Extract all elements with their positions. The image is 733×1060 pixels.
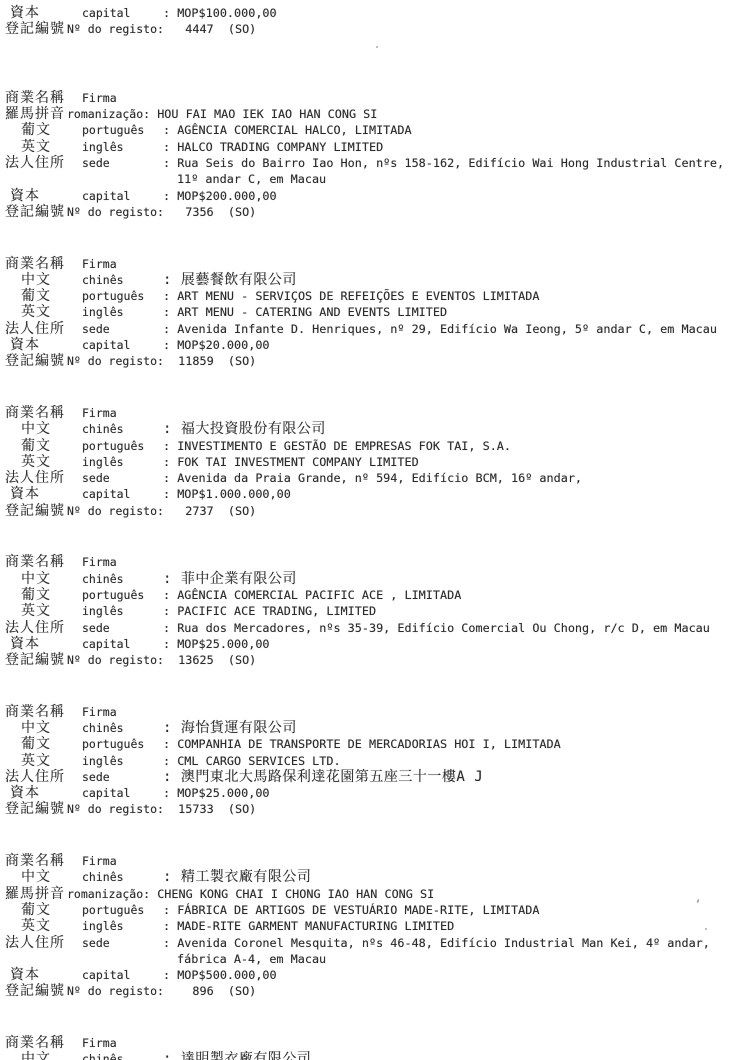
- record-row: 資本capital: MOP$100.000,00: [5, 5, 733, 21]
- field-label-pt: português: [82, 736, 163, 752]
- field-label-pt: Firma: [82, 853, 163, 869]
- field-label-zh: 中文: [5, 1051, 82, 1060]
- record-row: 法人住所sede: Avenida Infante D. Henriques, …: [5, 321, 733, 337]
- field-value: : MOP$25.000,00: [163, 785, 733, 801]
- field-label-pt: português: [82, 902, 163, 918]
- field-label-pt: Nº do registo:: [67, 503, 164, 519]
- record-row: 商業名稱Firma: [5, 550, 733, 571]
- record-row: 英文inglês: CML CARGO SERVICES LTD.: [5, 753, 733, 769]
- record-row: 葡文português: COMPANHIA DE TRANSPORTE DE …: [5, 736, 733, 752]
- field-label-zh: 登記編號: [5, 983, 67, 999]
- field-label-pt: chinês: [82, 571, 163, 587]
- field-value: : AGÊNCIA COMERCIAL PACIFIC ACE , LIMITA…: [163, 587, 733, 603]
- field-label-zh: 法人住所: [5, 769, 82, 785]
- record-row: 資本capital: MOP$25.000,00: [5, 785, 733, 801]
- document-page: 資本capital: MOP$100.000,00登記編號Nº do regis…: [0, 0, 733, 1060]
- record-row: 葡文português: AGÊNCIA COMERCIAL PACIFIC A…: [5, 587, 733, 603]
- field-label-pt: capital: [82, 486, 163, 502]
- field-label-zh: 葡文: [5, 902, 82, 918]
- field-label-pt: chinês: [82, 869, 163, 885]
- field-label-zh: 資本: [5, 636, 82, 652]
- field-label-pt: capital: [82, 5, 163, 21]
- field-label-pt: chinês: [82, 421, 163, 437]
- record-row: 資本capital: MOP$20.000,00: [5, 337, 733, 353]
- field-label-zh: 英文: [5, 139, 82, 155]
- record-row: 法人住所sede: Avenida da Praia Grande, nº 59…: [5, 470, 733, 486]
- field-value: : CML CARGO SERVICES LTD.: [163, 753, 733, 769]
- field-label-zh: 商業名稱: [5, 1035, 82, 1051]
- field-label-pt: romanização:: [67, 106, 150, 122]
- field-label-zh: 商業名稱: [5, 853, 82, 869]
- company-entry: 商業名稱Firma中文chinês: 達明製衣廠有限公司: [5, 1031, 733, 1060]
- record-row: 法人住所sede: Rua dos Mercadores, nºs 35-39,…: [5, 620, 733, 636]
- record-row: 資本capital: MOP$500.000,00: [5, 967, 733, 983]
- field-value: : MADE-RITE GARMENT MANUFACTURING LIMITE…: [163, 918, 733, 934]
- field-label-zh: 英文: [5, 304, 82, 320]
- field-label-pt: sede: [82, 935, 163, 951]
- record-row: 登記編號Nº do registo: 4447 (SO): [5, 21, 733, 37]
- field-value: : 海怡貨運有限公司: [163, 720, 733, 736]
- record-row: 資本capital: MOP$25.000,00: [5, 636, 733, 652]
- field-value: : 菲中企業有限公司: [163, 571, 733, 587]
- field-label-zh: 英文: [5, 454, 82, 470]
- record-row: 中文chinês: 精工製衣廠有限公司: [5, 869, 733, 885]
- record-row: 法人住所sede: Rua Seis do Bairro Iao Hon, nº…: [5, 155, 733, 188]
- field-value: : Rua dos Mercadores, nºs 35-39, Edifíci…: [163, 620, 733, 636]
- field-label-pt: sede: [82, 155, 163, 171]
- field-label-pt: chinês: [82, 1051, 163, 1060]
- field-label-zh: 英文: [5, 918, 82, 934]
- field-label-zh: 羅馬拼音: [5, 106, 67, 122]
- record-row: 英文inglês: MADE-RITE GARMENT MANUFACTURIN…: [5, 918, 733, 934]
- record-row: 商業名稱Firma: [5, 251, 733, 272]
- field-value: : ART MENU - SERVIÇOS DE REFEIÇÕES E EVE…: [163, 288, 733, 304]
- field-value: HOU FAI MAO IEK IAO HAN CONG SI: [150, 106, 733, 122]
- field-label-pt: inglês: [82, 603, 163, 619]
- record-row: 資本capital: MOP$1.000.000,00: [5, 486, 733, 502]
- field-label-zh: 商業名稱: [5, 256, 82, 272]
- field-label-pt: inglês: [82, 454, 163, 470]
- field-value: : AGÊNCIA COMERCIAL HALCO, LIMITADA: [163, 122, 733, 138]
- field-value: [163, 550, 733, 566]
- field-label-pt: chinês: [82, 720, 163, 736]
- field-label-pt: sede: [82, 321, 163, 337]
- field-label-zh: 英文: [5, 603, 82, 619]
- field-label-pt: inglês: [82, 139, 163, 155]
- scan-speck: [705, 928, 707, 930]
- record-row: 商業名稱Firma: [5, 699, 733, 720]
- company-entry: 商業名稱Firma羅馬拼音romanização: HOU FAI MAO IE…: [5, 86, 733, 221]
- record-row: 法人住所sede: Avenida Coronel Mesquita, nºs …: [5, 935, 733, 968]
- field-label-pt: Firma: [82, 554, 163, 570]
- scan-speck: [376, 46, 378, 48]
- record-row: 葡文português: ART MENU - SERVIÇOS DE REFE…: [5, 288, 733, 304]
- field-label-pt: capital: [82, 337, 163, 353]
- field-label-zh: 資本: [5, 486, 82, 502]
- field-label-zh: 英文: [5, 753, 82, 769]
- field-label-zh: 葡文: [5, 438, 82, 454]
- field-value: [163, 699, 733, 715]
- field-label-pt: sede: [82, 470, 163, 486]
- field-label-zh: 中文: [5, 571, 82, 587]
- field-label-zh: 資本: [5, 5, 82, 21]
- field-label-pt: capital: [82, 967, 163, 983]
- record-row: 商業名稱Firma: [5, 401, 733, 422]
- record-row: 登記編號Nº do registo: 7356 (SO): [5, 204, 733, 220]
- field-label-zh: 商業名稱: [5, 405, 82, 421]
- field-value: : ART MENU - CATERING AND EVENTS LIMITED: [163, 304, 733, 320]
- entries-container: 資本capital: MOP$100.000,00登記編號Nº do regis…: [5, 5, 733, 1060]
- record-row: 登記編號Nº do registo: 896 (SO): [5, 983, 733, 999]
- field-value: 896 (SO): [164, 983, 733, 999]
- field-value: [163, 251, 733, 267]
- record-row: 資本capital: MOP$200.000,00: [5, 188, 733, 204]
- record-row: 中文chinês: 海怡貨運有限公司: [5, 720, 733, 736]
- field-value: : PACIFIC ACE TRADING, LIMITED: [163, 603, 733, 619]
- field-value: : HALCO TRADING COMPANY LIMITED: [163, 139, 733, 155]
- field-label-zh: 商業名稱: [5, 554, 82, 570]
- field-label-pt: Nº do registo:: [67, 652, 164, 668]
- field-label-zh: 葡文: [5, 122, 82, 138]
- field-label-pt: Nº do registo:: [67, 801, 164, 817]
- field-label-pt: português: [82, 438, 163, 454]
- field-value: [163, 849, 733, 865]
- field-value: : FÁBRICA DE ARTIGOS DE VESTUÁRIO MADE-R…: [163, 902, 733, 918]
- field-value: : 展藝餐飲有限公司: [163, 272, 733, 288]
- record-row: 登記編號Nº do registo: 11859 (SO): [5, 353, 733, 369]
- field-value: : MOP$200.000,00: [163, 188, 733, 204]
- field-value: : MOP$100.000,00: [163, 5, 733, 21]
- field-label-zh: 資本: [5, 337, 82, 353]
- field-label-zh: 登記編號: [5, 353, 67, 369]
- field-label-zh: 法人住所: [5, 321, 82, 337]
- field-value: : 精工製衣廠有限公司: [163, 869, 733, 885]
- field-label-zh: 登記編號: [5, 21, 67, 37]
- field-value: : MOP$20.000,00: [163, 337, 733, 353]
- field-label-pt: Firma: [82, 704, 163, 720]
- record-row: 中文chinês: 菲中企業有限公司: [5, 571, 733, 587]
- field-label-zh: 中文: [5, 720, 82, 736]
- field-label-pt: Firma: [82, 405, 163, 421]
- company-entry: 商業名稱Firma中文chinês: 精工製衣廠有限公司羅馬拼音romaniza…: [5, 849, 733, 1000]
- record-row: 英文inglês: PACIFIC ACE TRADING, LIMITED: [5, 603, 733, 619]
- record-row: 葡文português: AGÊNCIA COMERCIAL HALCO, LI…: [5, 122, 733, 138]
- field-label-pt: capital: [82, 785, 163, 801]
- record-row: 商業名稱Firma: [5, 849, 733, 870]
- company-entry: 商業名稱Firma中文chinês: 福大投資股份有限公司葡文português…: [5, 401, 733, 519]
- field-value: 4447 (SO): [164, 21, 733, 37]
- field-value: CHENG KONG CHAI I CHONG IAO HAN CONG SI: [150, 886, 733, 902]
- field-label-zh: 葡文: [5, 587, 82, 603]
- record-row: 羅馬拼音romanização: HOU FAI MAO IEK IAO HAN…: [5, 106, 733, 122]
- field-value: : MOP$25.000,00: [163, 636, 733, 652]
- record-row: 登記編號Nº do registo: 13625 (SO): [5, 652, 733, 668]
- record-row: 商業名稱Firma: [5, 1031, 733, 1052]
- company-entry: 資本capital: MOP$100.000,00登記編號Nº do regis…: [5, 5, 733, 38]
- field-label-pt: inglês: [82, 304, 163, 320]
- record-row: 中文chinês: 展藝餐飲有限公司: [5, 272, 733, 288]
- field-label-pt: inglês: [82, 753, 163, 769]
- field-value: 13625 (SO): [164, 652, 733, 668]
- field-label-pt: português: [82, 587, 163, 603]
- field-label-pt: capital: [82, 636, 163, 652]
- field-label-zh: 商業名稱: [5, 90, 82, 106]
- field-value: : MOP$500.000,00: [163, 967, 733, 983]
- field-value: : FOK TAI INVESTMENT COMPANY LIMITED: [163, 454, 733, 470]
- field-value: : 達明製衣廠有限公司: [163, 1051, 733, 1060]
- field-label-pt: português: [82, 122, 163, 138]
- field-label-pt: Firma: [82, 1035, 163, 1051]
- record-row: 法人住所sede: 澳門東北大馬路保利達花園第五座三十一樓A J: [5, 769, 733, 785]
- field-value: [163, 401, 733, 417]
- record-row: 英文inglês: ART MENU - CATERING AND EVENTS…: [5, 304, 733, 320]
- field-label-zh: 法人住所: [5, 470, 82, 486]
- record-row: 中文chinês: 達明製衣廠有限公司: [5, 1051, 733, 1060]
- field-label-zh: 羅馬拼音: [5, 886, 67, 902]
- record-row: 登記編號Nº do registo: 2737 (SO): [5, 503, 733, 519]
- field-value: [163, 86, 733, 102]
- field-label-zh: 資本: [5, 188, 82, 204]
- field-value: : INVESTIMENTO E GESTÃO DE EMPRESAS FOK …: [163, 438, 733, 454]
- field-label-zh: 資本: [5, 967, 82, 983]
- company-entry: 商業名稱Firma中文chinês: 展藝餐飲有限公司葡文português: …: [5, 251, 733, 369]
- record-row: 羅馬拼音romanização: CHENG KONG CHAI I CHONG…: [5, 886, 733, 902]
- field-label-zh: 法人住所: [5, 620, 82, 636]
- field-value: : 澳門東北大馬路保利達花園第五座三十一樓A J: [163, 769, 733, 785]
- field-label-zh: 葡文: [5, 736, 82, 752]
- field-label-zh: 商業名稱: [5, 704, 82, 720]
- field-label-zh: 中文: [5, 869, 82, 885]
- field-value: 2737 (SO): [164, 503, 733, 519]
- record-row: 英文inglês: HALCO TRADING COMPANY LIMITED: [5, 139, 733, 155]
- field-label-zh: 登記編號: [5, 204, 67, 220]
- field-label-pt: sede: [82, 769, 163, 785]
- company-entry: 商業名稱Firma中文chinês: 海怡貨運有限公司葡文português: …: [5, 699, 733, 817]
- field-value: : Avenida Coronel Mesquita, nºs 46-48, E…: [163, 935, 733, 968]
- field-label-zh: 中文: [5, 421, 82, 437]
- field-value: 7356 (SO): [164, 204, 733, 220]
- field-label-zh: 法人住所: [5, 935, 82, 951]
- record-row: 葡文português: FÁBRICA DE ARTIGOS DE VESTU…: [5, 902, 733, 918]
- company-entry: 商業名稱Firma中文chinês: 菲中企業有限公司葡文português: …: [5, 550, 733, 668]
- field-label-pt: inglês: [82, 918, 163, 934]
- field-value: : COMPANHIA DE TRANSPORTE DE MERCADORIAS…: [163, 736, 733, 752]
- field-label-pt: Firma: [82, 256, 163, 272]
- field-value: : MOP$1.000.000,00: [163, 486, 733, 502]
- field-label-pt: chinês: [82, 272, 163, 288]
- field-label-pt: Firma: [82, 90, 163, 106]
- record-row: 葡文português: INVESTIMENTO E GESTÃO DE EM…: [5, 438, 733, 454]
- record-row: 商業名稱Firma: [5, 86, 733, 107]
- field-label-zh: 葡文: [5, 288, 82, 304]
- record-row: 英文inglês: FOK TAI INVESTMENT COMPANY LIM…: [5, 454, 733, 470]
- field-value: : 福大投資股份有限公司: [163, 421, 733, 437]
- field-label-pt: romanização:: [67, 886, 150, 902]
- field-value: 15733 (SO): [164, 801, 733, 817]
- field-label-zh: 資本: [5, 785, 82, 801]
- field-label-pt: Nº do registo:: [67, 21, 164, 37]
- field-value: : Rua Seis do Bairro Iao Hon, nºs 158-16…: [163, 155, 733, 188]
- field-label-zh: 登記編號: [5, 503, 67, 519]
- field-label-pt: capital: [82, 188, 163, 204]
- field-value: 11859 (SO): [164, 353, 733, 369]
- field-value: : Avenida da Praia Grande, nº 594, Edifí…: [163, 470, 733, 486]
- field-label-pt: Nº do registo:: [67, 983, 164, 999]
- field-label-pt: Nº do registo:: [67, 353, 164, 369]
- field-label-zh: 登記編號: [5, 801, 67, 817]
- record-row: 登記編號Nº do registo: 15733 (SO): [5, 801, 733, 817]
- field-value: : Avenida Infante D. Henriques, nº 29, E…: [163, 321, 733, 337]
- field-label-zh: 法人住所: [5, 155, 82, 171]
- record-row: 中文chinês: 福大投資股份有限公司: [5, 421, 733, 437]
- field-label-pt: sede: [82, 620, 163, 636]
- field-label-pt: Nº do registo:: [67, 204, 164, 220]
- field-label-zh: 中文: [5, 272, 82, 288]
- field-label-zh: 登記編號: [5, 652, 67, 668]
- field-label-pt: português: [82, 288, 163, 304]
- field-value: [163, 1031, 733, 1047]
